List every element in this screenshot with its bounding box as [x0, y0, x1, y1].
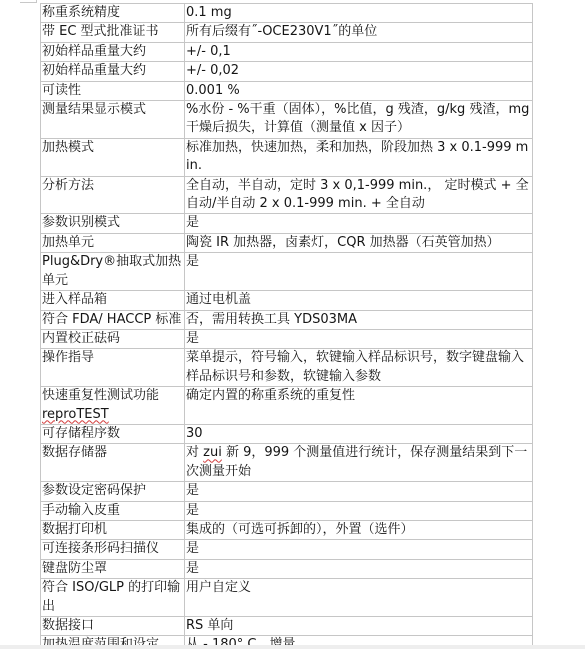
table-row: 数据打印机 集成的（可选可拆卸的），外置（选件） [41, 520, 533, 539]
spec-value: 确定内置的称重系统的重复性 [185, 387, 533, 425]
spec-value: 所有后缀有˝-OCE230V1˝的单位 [185, 23, 533, 42]
crop-mark-vertical [36, 0, 37, 3]
table-row: 可存储程序数 30 [41, 424, 533, 443]
table-row: Plug&Dry®抽取式加热单元 是 [41, 253, 533, 291]
table-row: 手动输入皮重 是 [41, 501, 533, 520]
table-row: 符合 ISO/GLP 的打印输出 用户自定义 [41, 579, 533, 617]
table-row: 分析方法 全自动，半自动，定时 3 x 0,1-999 min.， 定时模式 +… [41, 176, 533, 214]
spec-value-spellchecked-term: zui [203, 445, 222, 460]
spec-label: 手动输入皮重 [41, 501, 185, 520]
spec-value: RS 单向 [185, 617, 533, 636]
table-row: 带 EC 型式批准证书 所有后缀有˝-OCE230V1˝的单位 [41, 23, 533, 42]
spec-value: 对 zui 新 9，999 个测量值进行统计，保存测量结果到下一次测量开始 [185, 444, 533, 482]
table-row: 符合 FDA/ HACCP 标准 否，需用转换工具 YDS03MA [41, 310, 533, 329]
spec-value: +/- 0,1 [185, 42, 533, 61]
spec-label: 加热模式 [41, 138, 185, 176]
spec-value: 是 [185, 253, 533, 291]
spec-value: 用户自定义 [185, 579, 533, 617]
table-row: 参数设定密码保护 是 [41, 482, 533, 501]
spec-label: 分析方法 [41, 176, 185, 214]
table-row: 可连接条形码扫描仪 是 [41, 540, 533, 559]
table-row: 加热模式 标准加热，快速加热，柔和加热，阶段加热 3 x 0.1-999 min… [41, 138, 533, 176]
spec-label: 数据打印机 [41, 520, 185, 539]
table-row: 可读性 0.001 % [41, 81, 533, 100]
spec-label: 参数识别模式 [41, 214, 185, 233]
spec-label: 称重系统精度 [41, 4, 185, 23]
table-row: 操作指导 菜单提示，符号输入，软键输入样品标识号，数字键盘输入样品标识号和参数，… [41, 349, 533, 387]
spec-value: 全自动，半自动，定时 3 x 0,1-999 min.， 定时模式 + 全自动/… [185, 176, 533, 214]
spec-label: 带 EC 型式批准证书 [41, 23, 185, 42]
spec-value: 陶瓷 IR 加热器，卤素灯，CQR 加热器（石英管加热） [185, 233, 533, 252]
spec-value-suffix: 新 9，999 个测量值进行统计，保存测量结果到下一次测量开始 [186, 445, 527, 478]
table-row: 快速重复性测试功能reproTEST 确定内置的称重系统的重复性 [41, 387, 533, 425]
specification-table: 称重系统精度 0.1 mg 带 EC 型式批准证书 所有后缀有˝-OCE230V… [40, 3, 533, 649]
spec-label: 数据接口 [41, 617, 185, 636]
spec-value: 是 [185, 501, 533, 520]
spec-value: 是 [185, 329, 533, 348]
spec-label: 内置校正砝码 [41, 329, 185, 348]
spec-label: 符合 ISO/GLP 的打印输出 [41, 579, 185, 617]
spec-label: 加热单元 [41, 233, 185, 252]
table-row: 加热单元 陶瓷 IR 加热器，卤素灯，CQR 加热器（石英管加热） [41, 233, 533, 252]
spec-value: 0.1 mg [185, 4, 533, 23]
spec-label: Plug&Dry®抽取式加热单元 [41, 253, 185, 291]
table-row: 数据存储器 对 zui 新 9，999 个测量值进行统计，保存测量结果到下一次测… [41, 444, 533, 482]
spec-label: 键盘防尘罩 [41, 559, 185, 578]
spec-value: 是 [185, 540, 533, 559]
page-bottom-edge [0, 645, 585, 649]
table-row: 进入样品箱 通过电机盖 [41, 291, 533, 310]
spec-value: 是 [185, 214, 533, 233]
spec-value-prefix: 对 [186, 445, 203, 460]
spec-value: 0.001 % [185, 81, 533, 100]
spec-label: 进入样品箱 [41, 291, 185, 310]
spec-value: 集成的（可选可拆卸的），外置（选件） [185, 520, 533, 539]
table-row: 初始样品重量大约 +/- 0,1 [41, 42, 533, 61]
spec-label: 初始样品重量大约 [41, 42, 185, 61]
spec-value: +/- 0,02 [185, 62, 533, 81]
table-row: 参数识别模式 是 [41, 214, 533, 233]
table-row: 称重系统精度 0.1 mg [41, 4, 533, 23]
spec-value: 否，需用转换工具 YDS03MA [185, 310, 533, 329]
spec-label-spellchecked-term: reproTEST [42, 407, 109, 422]
spec-label: 数据存储器 [41, 444, 185, 482]
spec-value: 是 [185, 559, 533, 578]
spec-value: 标准加热，快速加热，柔和加热，阶段加热 3 x 0.1-999 min. [185, 138, 533, 176]
spec-label: 可存储程序数 [41, 424, 185, 443]
spec-label: 参数设定密码保护 [41, 482, 185, 501]
spec-label: 初始样品重量大约 [41, 62, 185, 81]
spec-value: 通过电机盖 [185, 291, 533, 310]
spec-value: %水份 - %干重（固体），%比值，g 残渣，g/kg 残渣，mg 干燥后损失，… [185, 101, 533, 139]
spec-value: 30 [185, 424, 533, 443]
spec-label: 测量结果显示模式 [41, 101, 185, 139]
spec-value: 菜单提示，符号输入，软键输入样品标识号，数字键盘输入样品标识号和参数，软键输入参… [185, 349, 533, 387]
spec-value: 是 [185, 482, 533, 501]
spec-label: 快速重复性测试功能reproTEST [41, 387, 185, 425]
spec-label: 可连接条形码扫描仪 [41, 540, 185, 559]
spec-label: 符合 FDA/ HACCP 标准 [41, 310, 185, 329]
crop-mark-horizontal [20, 2, 36, 3]
spec-label: 操作指导 [41, 349, 185, 387]
table-row: 键盘防尘罩 是 [41, 559, 533, 578]
table-row: 内置校正砝码 是 [41, 329, 533, 348]
table-row: 初始样品重量大约 +/- 0,02 [41, 62, 533, 81]
spec-label-main: 快速重复性测试功能 [42, 388, 159, 403]
table-row: 测量结果显示模式 %水份 - %干重（固体），%比值，g 残渣，g/kg 残渣，… [41, 101, 533, 139]
spec-label: 可读性 [41, 81, 185, 100]
table-row: 数据接口 RS 单向 [41, 617, 533, 636]
